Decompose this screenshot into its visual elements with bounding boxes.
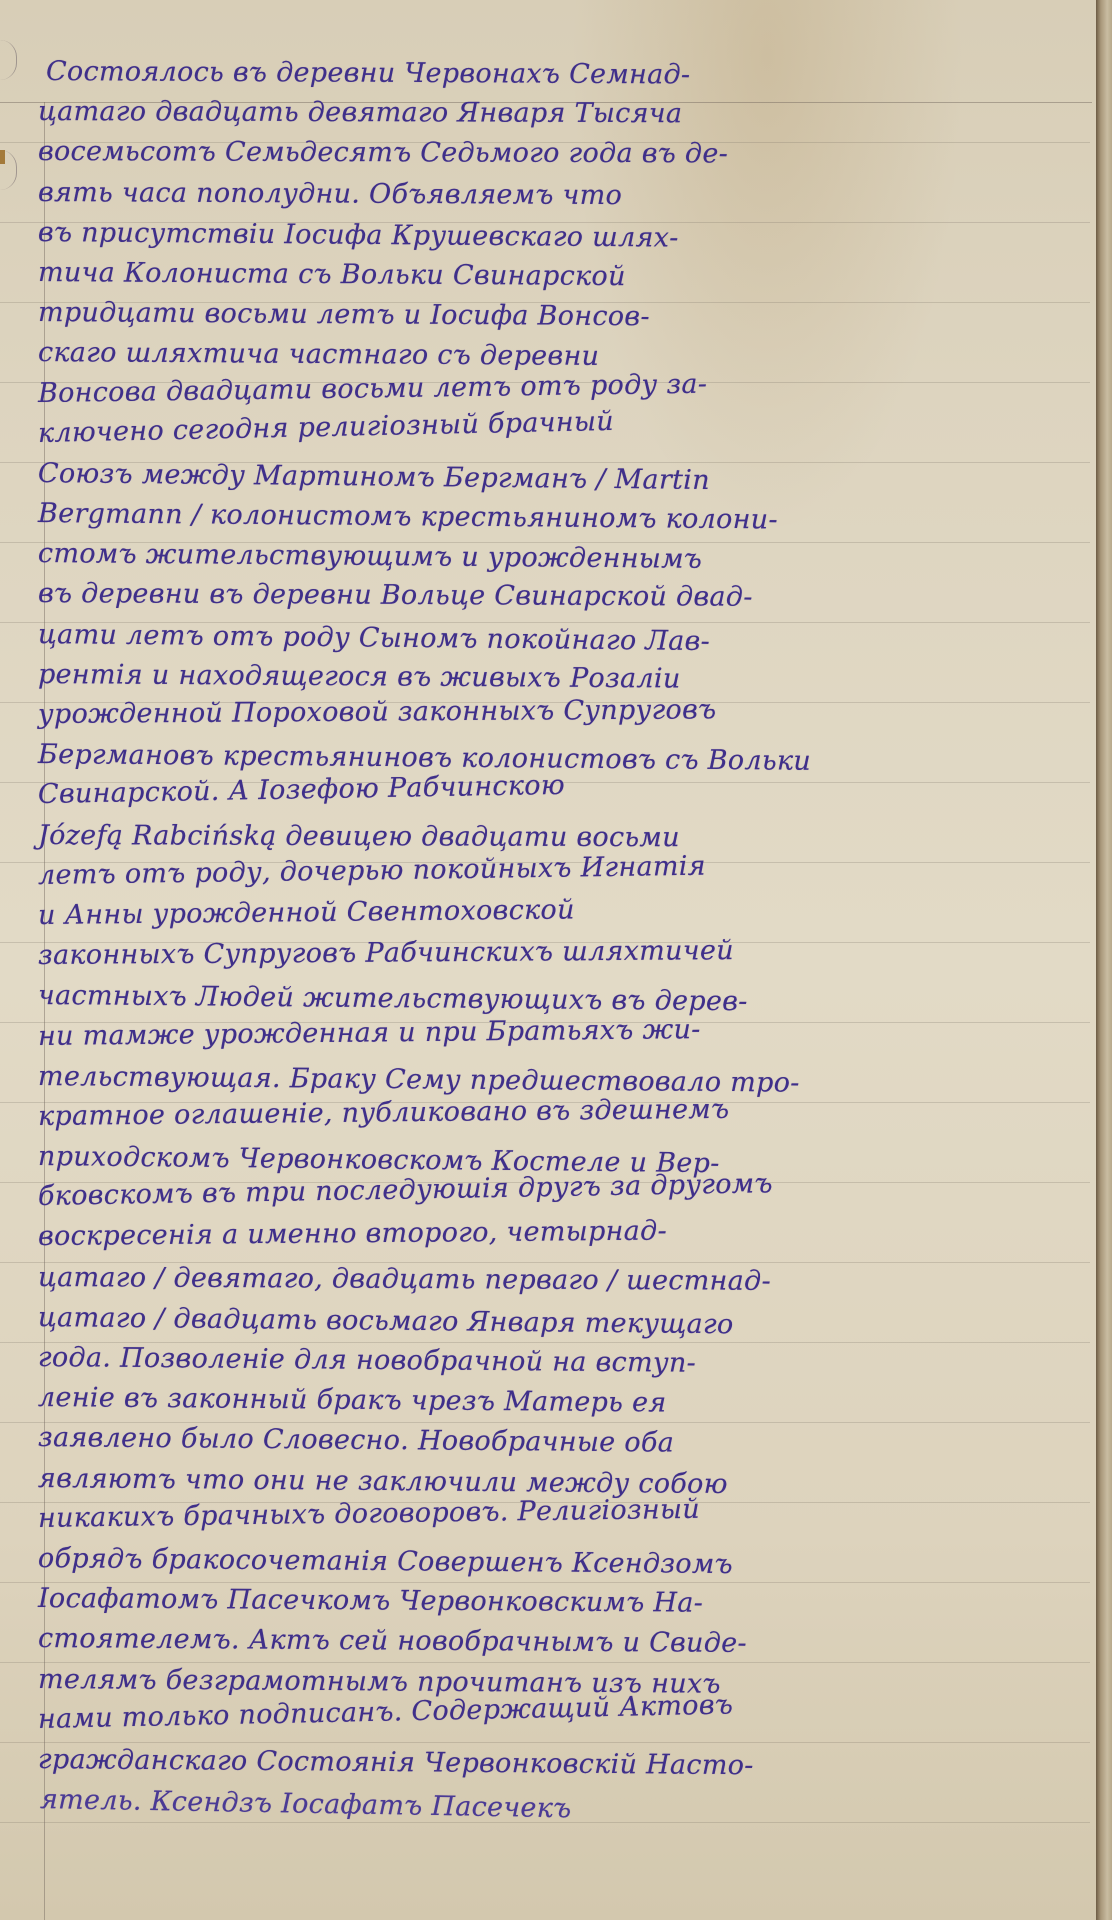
- text-line: законныхъ Супруговъ Рабчинскихъ шляхтиче…: [38, 929, 1083, 976]
- text-line: Состоялось въ деревни Червонахъ Семнад-: [38, 52, 1083, 98]
- text-line: въ деревни въ деревни Вольце Свинарской …: [38, 574, 1083, 620]
- text-line: воскресенія а именно второго, четырнад-: [38, 1208, 1083, 1257]
- paper-stain: [0, 150, 5, 164]
- document-page: Состоялось въ деревни Червонахъ Семнад- …: [0, 0, 1096, 1920]
- signature-line: ятель. Ксендзъ Iосафатъ Пасечекъ: [38, 1780, 1084, 1838]
- text-line: цатаго двадцать девятаго Января Тысяча: [38, 92, 1083, 136]
- text-line: урожденной Пороховой законныхъ Супруговъ: [38, 688, 1083, 735]
- text-line: цатаго / девятаго, двадцать перваго / ше…: [38, 1258, 1083, 1304]
- text-line: стоятелемъ. Актъ сей новобрачнымъ и Свид…: [38, 1619, 1083, 1666]
- text-line: вять часа пополудни. Объявляемъ что: [38, 173, 1083, 219]
- handwritten-text-block: Состоялось въ деревни Червонахъ Семнад- …: [38, 52, 1083, 1820]
- book-binding-edge: [1096, 0, 1112, 1920]
- text-line: восемьсотъ Семьдесятъ Седьмого года въ д…: [38, 132, 1083, 176]
- margin-bracket-mark: [0, 40, 17, 80]
